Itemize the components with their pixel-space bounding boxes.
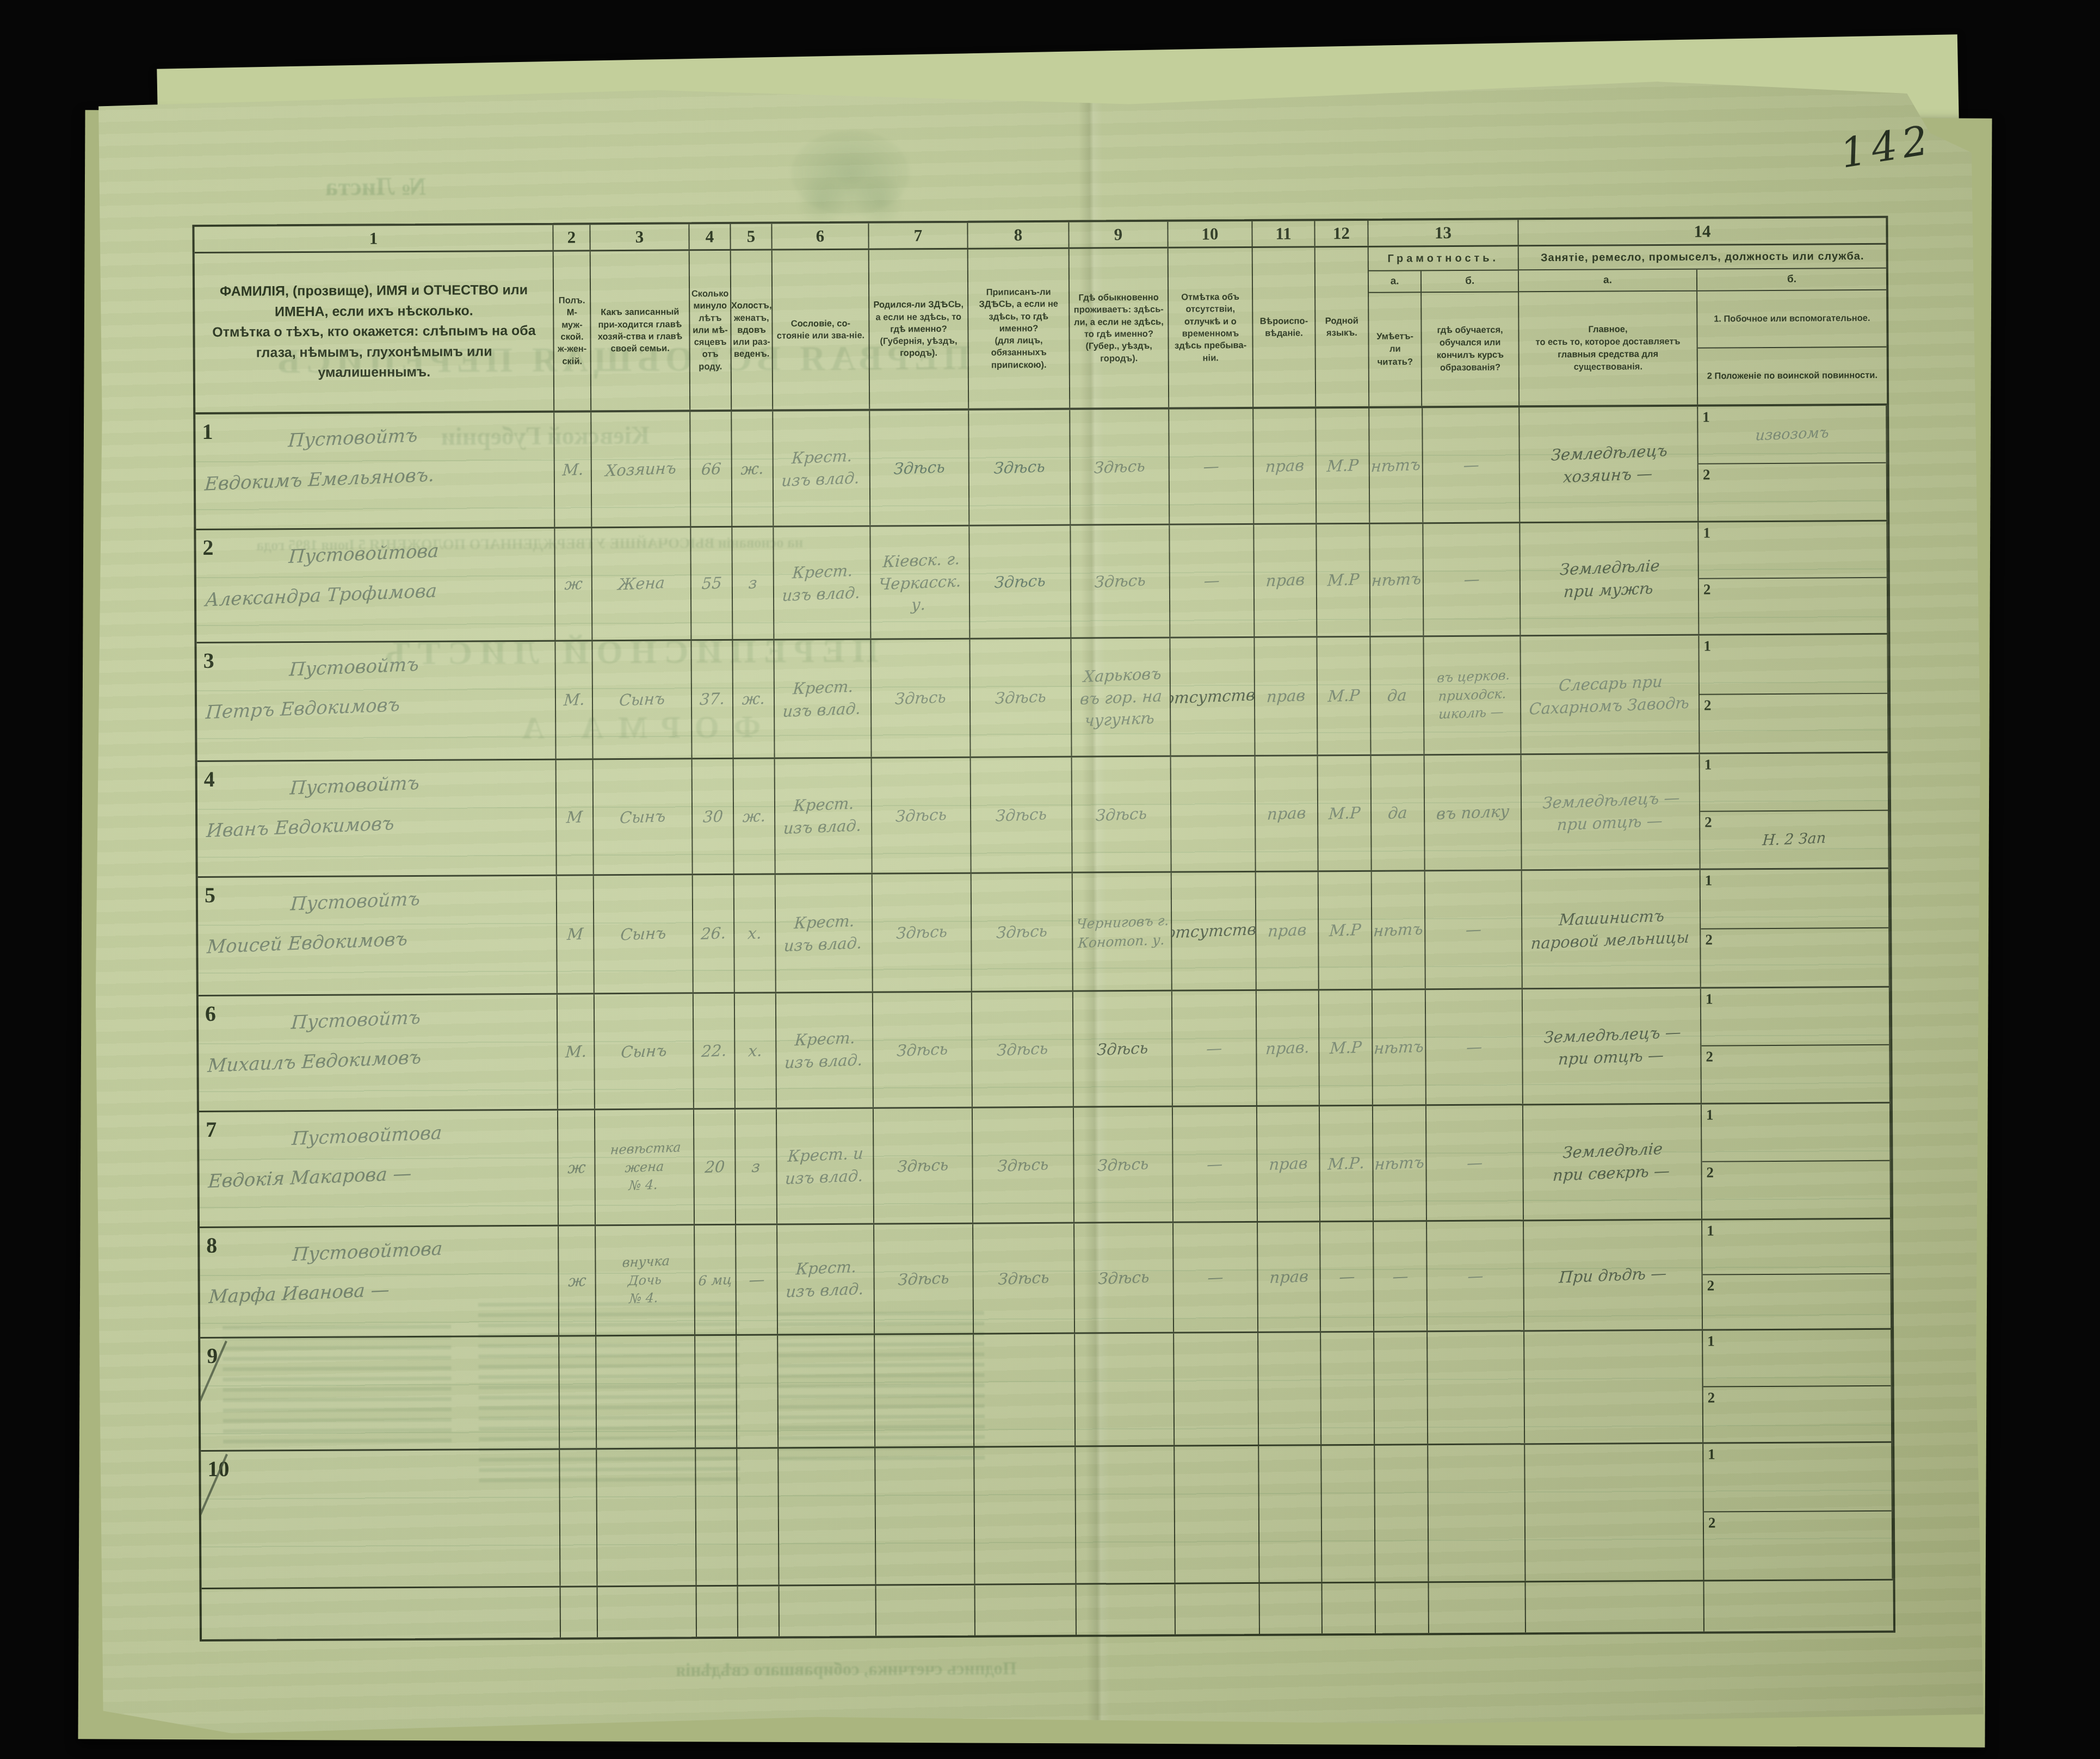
cell-residence: Здѣсь <box>1071 525 1170 637</box>
cell-native-language <box>1321 1333 1375 1445</box>
cell-born-here <box>875 1335 974 1447</box>
cell-absence: — <box>1172 991 1257 1106</box>
cell-marital <box>737 1336 779 1447</box>
cell-age: 55 <box>691 528 733 639</box>
header-marital: Холостъ, женатъ, вдовъ или раз-веденъ. <box>731 251 774 410</box>
header-occupation-b2-text: 2 Положеніе по воинской повинности. <box>1698 348 1887 405</box>
cell-sex: ж <box>555 528 592 640</box>
cell-occupation-main: Земледѣліе при свекрѣ — <box>1523 1105 1702 1220</box>
cell-relation: невѣстка жена № 4. <box>595 1110 695 1224</box>
cell-literacy-reads: да <box>1372 755 1425 870</box>
header-literacy-b-text: гдѣ обучается, обучался или кончилъ курс… <box>1422 292 1518 406</box>
cell-religion: прав <box>1255 637 1318 755</box>
cell-registered-here <box>974 1447 1076 1584</box>
header-literacy-a-text: Умѣетъ-ли читать? <box>1369 293 1421 406</box>
cell-absence: — <box>1173 1223 1258 1332</box>
column-number-12: 12 <box>1315 221 1368 246</box>
cell-occupation-main: При дѣдѣ — <box>1524 1221 1703 1330</box>
cell-born-here: Здѣсь <box>873 874 972 992</box>
cell-literacy-reads: нѣтъ <box>1373 1106 1427 1221</box>
header-sex: Полъ. М-муж-ской. ж-жен-скій. <box>554 251 592 410</box>
cell-occupation-secondary: 1 2 <box>1702 1219 1892 1329</box>
cell-born-here: Кіевск. г. Черкасск. у. <box>870 527 970 639</box>
cell-name: 1 ПустовойтъЕвдокимъ Емельяновъ. <box>195 413 555 529</box>
cell-age: 22. <box>694 994 736 1108</box>
cell-sex <box>560 1450 597 1585</box>
cell-occupation-secondary: 1извозомъ 2 <box>1698 406 1887 521</box>
cell-religion: прав <box>1256 756 1319 871</box>
cell-name: 4 ПустовойтъИванъ Евдокимовъ <box>197 760 557 876</box>
cell-occupation-secondary: 1 2 <box>1701 988 1891 1103</box>
cell-born-here: Здѣсь <box>874 1108 973 1223</box>
cell-occupation-main: Земледѣліе при мужѣ <box>1520 523 1699 635</box>
cell-absence <box>1175 1446 1259 1583</box>
cell-estate <box>779 1448 876 1585</box>
cell-name: 2 ПустовойтоваАлександра Трофимова <box>196 529 555 642</box>
cell-residence: Здѣсь <box>1074 1107 1173 1222</box>
cell-name: 10 <box>201 1450 560 1588</box>
census-sheet: № Листа ПЕРВАЯ ВСЕОБЩАЯ ПЕРЕПИСЬ Кіевско… <box>91 77 1987 1737</box>
cell-religion: прав <box>1254 524 1317 636</box>
column-number-13: 13 <box>1368 220 1518 245</box>
cell-marital: — <box>736 1225 778 1334</box>
cell-native-language: — <box>1320 1222 1374 1331</box>
column-number-14: 14 <box>1518 218 1886 245</box>
table-footer-strip <box>202 1581 1893 1639</box>
cell-literacy-education <box>1428 1331 1525 1444</box>
cell-literacy-education: — <box>1425 871 1523 988</box>
folio-number: 142 <box>1837 116 1937 178</box>
table-row: 10 1 2 <box>201 1443 1893 1589</box>
header-estate: Сословіе, со-стояніе или зва-ніе. <box>773 250 870 410</box>
cell-literacy-reads: нѣтъ <box>1370 524 1424 636</box>
row-number: 2 <box>202 535 213 560</box>
cell-literacy-education: въ церков. приходск. школѣ — <box>1424 636 1521 754</box>
cell-estate: Крест. изъ влад. <box>773 411 870 526</box>
cell-religion: прав <box>1257 1106 1320 1221</box>
column-number-5: 5 <box>731 224 772 249</box>
column-number-4: 4 <box>689 224 731 249</box>
cell-residence: Здѣсь <box>1074 1223 1174 1333</box>
cell-native-language: М.Р <box>1316 408 1370 523</box>
cell-born-here: Здѣсь <box>873 993 973 1107</box>
cell-absence: — <box>1169 409 1254 524</box>
cell-relation: Сынъ <box>594 759 693 874</box>
cell-age <box>695 1336 737 1447</box>
header-occupation-a-text: Главное, то есть то, которое доставляетъ… <box>1519 292 1697 406</box>
table-row: 8 ПустовойтоваМарфа Иванова — ж внучка Д… <box>200 1219 1892 1339</box>
row-number: 4 <box>204 766 215 792</box>
header-name: ФАМИЛІЯ, (прозвище), ИМЯ и ОТЧЕСТВО или … <box>195 252 555 412</box>
header-occupation-b-label: б. <box>1697 269 1886 292</box>
cell-relation: Сынъ <box>592 641 692 758</box>
row-number: 6 <box>205 1001 216 1026</box>
cell-occupation-main: Машинистъ паровой мельницы <box>1522 870 1701 988</box>
cell-born-here: Здѣсь <box>871 640 971 757</box>
cell-literacy-reads: да <box>1370 637 1424 754</box>
cell-literacy-reads: нѣтъ <box>1369 408 1423 523</box>
cell-residence: Здѣсь <box>1073 992 1173 1106</box>
cell-estate: Крест. изъ влад. <box>777 1225 875 1334</box>
cell-name: 9 <box>200 1337 560 1450</box>
table-row: 5 ПустовойтъМоисей Евдокимовъ М Сынъ 26.… <box>198 869 1890 996</box>
cell-religion <box>1259 1446 1322 1582</box>
bleedthrough-sheet-number: № Листа <box>325 172 426 201</box>
cell-sex: М. <box>554 412 592 527</box>
cell-relation <box>596 1336 696 1448</box>
cell-literacy-education: въ полку <box>1425 755 1522 870</box>
header-occupation-a-label: а. <box>1519 270 1696 293</box>
header-religion: Вѣроиспо-вѣданіе. <box>1253 247 1317 407</box>
cell-literacy-education: — <box>1423 523 1521 635</box>
header-literacy-group: Грамотность. а. Умѣетъ-ли читать? б. гдѣ… <box>1369 246 1520 406</box>
cell-born-here: Здѣсь <box>872 758 972 873</box>
cell-absence: отсутств. <box>1170 638 1255 755</box>
cell-age: 66 <box>690 412 732 526</box>
cell-estate: Крест. изъ влад. <box>776 993 874 1108</box>
row-number: 8 <box>206 1232 217 1258</box>
column-number-1: 1 <box>194 225 553 252</box>
cell-registered-here: Здѣсь <box>969 410 1071 525</box>
cell-name: 5 ПустовойтъМоисей Евдокимовъ <box>198 876 558 995</box>
cell-literacy-education <box>1428 1445 1525 1581</box>
cell-sex: ж <box>559 1226 596 1335</box>
bleedthrough-signature-line: Подпись счетчика, собиравшаго свѣдѣнія <box>676 1659 1016 1681</box>
cell-estate <box>778 1335 875 1447</box>
cell-born-here: Здѣсь <box>874 1224 974 1334</box>
cell-sex: М <box>557 760 594 874</box>
cell-literacy-reads: нѣтъ <box>1373 990 1426 1105</box>
cell-registered-here: Здѣсь <box>973 1108 1074 1223</box>
cell-occupation-secondary: 1 2 <box>1699 635 1888 753</box>
cell-estate: Крест. изъ влад. <box>774 640 872 758</box>
cell-estate: Крест. изъ влад. <box>776 875 873 992</box>
header-absence: Отмѣтка объ отсутствіи, отлучкѣ и о врем… <box>1169 248 1254 407</box>
header-age: Сколько минуло лѣтъ или мѣ-сяцевъ отъ ро… <box>690 251 732 410</box>
cell-literacy-reads: нѣтъ <box>1372 871 1426 989</box>
cell-relation <box>597 1449 696 1585</box>
header-row: ФАМИЛІЯ, (прозвище), ИМЯ и ОТЧЕСТВО или … <box>195 245 1887 414</box>
cell-marital: х. <box>735 994 777 1108</box>
cell-marital: ж. <box>733 641 775 758</box>
cell-residence: Харьковъ въ гор. на чугункѣ <box>1071 639 1171 756</box>
cell-occupation-secondary: 1 2 <box>1703 1443 1893 1580</box>
header-occupation-group: Занятіе, ремесло, промыселъ, должность и… <box>1519 245 1887 406</box>
cell-marital: х. <box>734 875 776 992</box>
cell-name: 7 ПустовойтоваЕвдокія Макарова — <box>199 1111 559 1227</box>
header-literacy-title: Грамотность. <box>1369 246 1518 271</box>
cell-literacy-education: — <box>1426 1105 1524 1220</box>
cell-occupation-main: Слесарь при Сахарномъ Заводѣ <box>1521 636 1700 754</box>
column-number-9: 9 <box>1069 222 1168 247</box>
column-number-3: 3 <box>590 224 689 250</box>
cell-registered-here: Здѣсь <box>969 526 1071 638</box>
table-row: 6 ПустовойтъМихаилъ Евдокимовъ М. Сынъ 2… <box>199 988 1891 1112</box>
cell-occupation-secondary: 1 2Н. 2 Зап <box>1700 753 1889 869</box>
cell-estate: Крест. изъ влад. <box>775 759 873 874</box>
cell-absence: — <box>1173 1107 1258 1222</box>
cell-born-here <box>875 1448 975 1584</box>
column-number-8: 8 <box>968 222 1069 248</box>
cell-absence: отсутств. <box>1172 872 1257 990</box>
cell-registered-here: Здѣсь <box>973 1224 1075 1333</box>
table-row: 7 ПустовойтоваЕвдокія Макарова — ж невѣс… <box>199 1104 1891 1228</box>
cell-occupation-secondary: 1 2 <box>1703 1330 1892 1442</box>
cell-age: 6 мц <box>695 1225 737 1334</box>
cell-relation: Жена <box>592 528 691 640</box>
cell-registered-here: Здѣсь <box>972 992 1074 1107</box>
header-literacy-a-label: а. <box>1369 271 1421 293</box>
table-row: 2 ПустовойтоваАлександра Трофимова ж Жен… <box>196 522 1888 643</box>
cell-relation: Сынъ <box>594 875 694 993</box>
cell-estate: Крест. и изъ влад. <box>777 1109 874 1224</box>
header-occupation-title: Занятіе, ремесло, промыселъ, должность и… <box>1519 245 1886 271</box>
cell-literacy-reads: — <box>1374 1222 1428 1331</box>
cell-sex: М. <box>555 641 593 758</box>
cell-religion: прав <box>1253 408 1317 523</box>
cell-registered-here: Здѣсь <box>972 874 1073 991</box>
cell-literacy-reads <box>1375 1445 1429 1582</box>
cell-age <box>696 1449 738 1585</box>
cell-marital: з <box>732 528 774 639</box>
row-number: 10 <box>207 1456 229 1482</box>
header-born-here: Родился-ли ЗДѢСЬ, а если не здѣсь, то гд… <box>869 250 969 409</box>
cell-residence: Здѣсь <box>1072 757 1172 872</box>
cell-religion: прав. <box>1257 990 1320 1105</box>
cell-age: 26. <box>693 875 735 992</box>
cell-sex: ж <box>558 1110 596 1224</box>
cell-registered-here <box>974 1334 1076 1446</box>
cell-native-language: М.Р <box>1317 637 1371 755</box>
cell-occupation-secondary: 1 2 <box>1702 1104 1891 1219</box>
cell-native-language: М.Р <box>1319 990 1373 1105</box>
cell-registered-here: Здѣсь <box>970 639 1072 757</box>
cell-age: 30 <box>693 759 734 874</box>
cell-marital: ж. <box>732 412 774 526</box>
cell-relation: внучка Дочь № 4. <box>596 1225 695 1335</box>
cell-occupation-main: Земледѣлецъ — при отцѣ — <box>1523 989 1702 1104</box>
header-occupation-b1-text: 1. Побочное или вспомогательное. <box>1697 290 1887 349</box>
column-number-11: 11 <box>1252 221 1315 246</box>
cell-literacy-reads <box>1374 1332 1428 1444</box>
cell-age: 37. <box>691 641 733 758</box>
header-literacy-b-label: б. <box>1422 270 1518 293</box>
cell-absence <box>1171 757 1256 871</box>
column-number-7: 7 <box>869 223 968 249</box>
cell-occupation-main <box>1524 1331 1703 1444</box>
header-registered: Приписанъ-ли ЗДѢСЬ, а если не здѣсь, то … <box>968 249 1071 408</box>
cell-name: 6 ПустовойтъМихаилъ Евдокимовъ <box>199 995 558 1111</box>
cell-sex: М <box>557 876 595 993</box>
column-number-2: 2 <box>553 225 590 250</box>
cell-absence: — <box>1170 525 1255 637</box>
row-number: 3 <box>203 648 214 673</box>
cell-relation: Сынъ <box>595 994 694 1108</box>
cell-sex <box>559 1336 597 1448</box>
cell-sex: М. <box>558 994 595 1108</box>
header-language: Родной языкъ. <box>1315 247 1370 407</box>
cell-native-language: М.Р <box>1317 524 1370 636</box>
cell-born-here: Здѣсь <box>870 411 969 525</box>
cell-literacy-education: — <box>1426 989 1523 1104</box>
table-row: 3 ПустовойтъПетръ Евдокимовъ М. Сынъ 37.… <box>196 635 1888 762</box>
cell-occupation-main <box>1525 1444 1704 1581</box>
table-row: 9 1 2 <box>200 1330 1892 1452</box>
cell-occupation-main: Земледѣлецъ хозяинъ — <box>1520 407 1698 522</box>
cell-estate: Крест. изъ влад. <box>774 527 871 639</box>
cell-religion: прав <box>1258 1222 1321 1331</box>
table-row: 1 ПустовойтъЕвдокимъ Емельяновъ. М. Хозя… <box>195 406 1887 530</box>
column-number-6: 6 <box>772 224 869 249</box>
row-number: 1 <box>202 419 213 444</box>
cell-occupation-secondary: 1 2 <box>1701 869 1890 987</box>
header-residence: Гдѣ обыкновенно проживаетъ: здѣсь-ли, а … <box>1070 249 1170 408</box>
cell-residence: Здѣсь <box>1070 410 1170 524</box>
census-table: 1 2 3 4 5 6 7 8 9 10 11 12 13 14 ФАМИЛІЯ… <box>192 216 1895 1642</box>
cell-religion <box>1258 1333 1321 1445</box>
cell-occupation-main: Земледѣлецъ — при отцѣ — <box>1522 754 1701 870</box>
cell-residence: Черниговъ г. Конотоп. у. <box>1073 873 1172 990</box>
cell-native-language <box>1321 1446 1375 1582</box>
cell-occupation-secondary: 1 2 <box>1698 522 1888 634</box>
column-number-10: 10 <box>1168 221 1252 247</box>
row-number: 5 <box>205 882 215 908</box>
row-number: 7 <box>206 1117 217 1142</box>
cell-residence <box>1076 1447 1175 1583</box>
cell-literacy-education: — <box>1427 1221 1524 1330</box>
header-relation: Какъ записанный при-ходится главѣ хозяй-… <box>591 251 691 410</box>
cell-religion: прав <box>1256 872 1319 989</box>
table-row: 4 ПустовойтъИванъ Евдокимовъ М Сынъ 30 ж… <box>197 753 1889 878</box>
cell-registered-here: Здѣсь <box>971 758 1073 872</box>
cell-absence <box>1174 1333 1259 1445</box>
cell-residence <box>1075 1334 1175 1446</box>
cell-native-language: М.Р <box>1319 872 1373 989</box>
cell-name: 8 ПустовойтоваМарфа Иванова — <box>200 1227 559 1337</box>
cell-literacy-education: — <box>1423 407 1520 522</box>
cell-marital: з <box>736 1110 777 1224</box>
cell-age: 20 <box>694 1110 736 1224</box>
cell-native-language: М.Р. <box>1320 1106 1374 1221</box>
cell-marital: ж. <box>734 759 776 874</box>
cell-marital <box>737 1449 779 1585</box>
cell-name: 3 ПустовойтъПетръ Евдокимовъ <box>196 642 556 760</box>
cell-native-language: М.Р <box>1318 756 1372 871</box>
cell-relation: Хозяинъ <box>591 412 691 527</box>
